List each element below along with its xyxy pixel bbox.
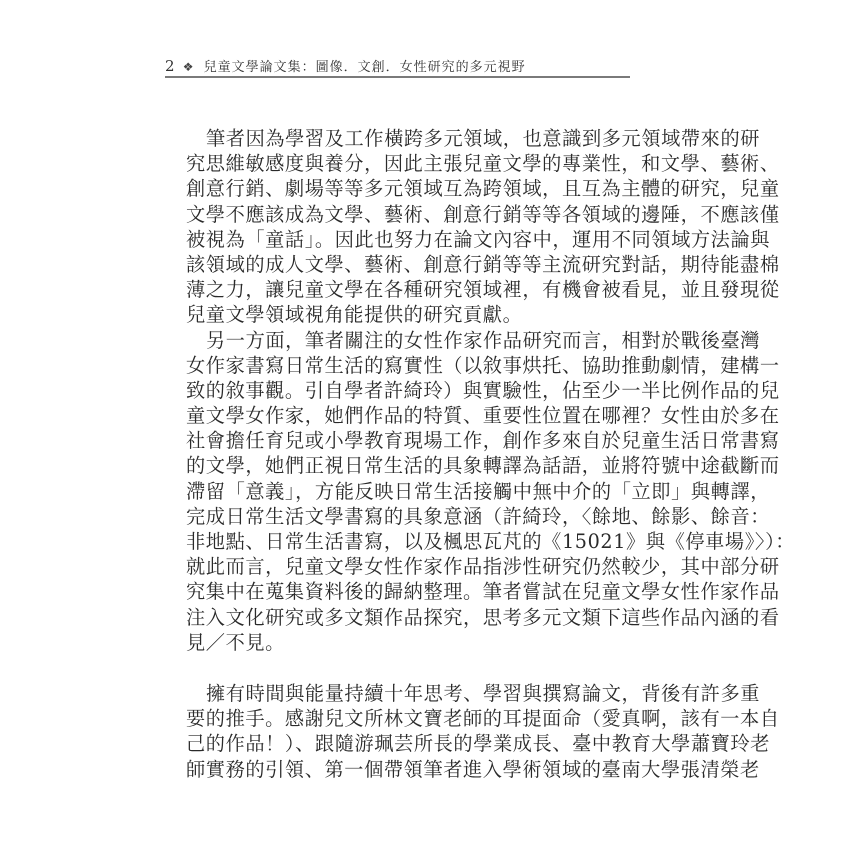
paragraph-3: 擁有時間與能量持續十年思考、學習與撰寫論文，背後有許多重 要的推手。感謝兒文所林… <box>186 681 628 782</box>
page-number: 2 <box>165 57 175 75</box>
text-line: 師實務的引領、第一個帶領筆者進入學術領域的臺南大學張清榮老 <box>186 757 628 782</box>
paragraph-1: 筆者因為學習及工作橫跨多元領域，也意識到多元領域帶來的研 究思維敏感度與養分，因… <box>186 126 628 328</box>
text-line: 的文學，她們正視日常生活的具象轉譯為話語，並將符號中途截斷而 <box>186 453 628 478</box>
body-text: 筆者因為學習及工作橫跨多元領域，也意識到多元領域帶來的研 究思維敏感度與養分，因… <box>186 126 628 782</box>
text-line: 就此而言，兒童文學女性作家作品指涉性研究仍然較少，其中部分研 <box>186 554 628 579</box>
text-line: 文學不應該成為文學、藝術、創意行銷等等各領域的邊陲，不應該僅 <box>186 202 628 227</box>
text-line: 童文學女作家，她們作品的特質、重要性位置在哪裡？女性由於多在 <box>186 403 628 428</box>
text-line: 被視為「童話」。因此也努力在論文內容中，運用不同領域方法論與 <box>186 227 628 252</box>
ornament-icon: ❖ <box>183 60 194 74</box>
text-line: 己的作品！）、跟隨游珮芸所長的學業成長、臺中教育大學蕭寶玲老 <box>186 731 628 756</box>
text-line: 究思維敏感度與養分，因此主張兒童文學的專業性，和文學、藝術、 <box>186 151 628 176</box>
text-line: 注入文化研究或多文類作品探究，思考多元文類下這些作品內涵的看 <box>186 605 628 630</box>
text-line: 擁有時間與能量持續十年思考、學習與撰寫論文，背後有許多重 <box>186 681 628 706</box>
text-line: 滯留「意義」，方能反映日常生活接觸中無中介的「立即」與轉譯， <box>186 479 628 504</box>
text-line: 薄之力，讓兒童文學在各種研究領域裡，有機會被看見，並且發現從 <box>186 277 628 302</box>
text-line: 非地點、日常生活書寫，以及楓思瓦芃的《15021》與《停車場》〉）： <box>186 529 628 554</box>
book-title: 兒童文學論文集：圖像．文創．女性研究的多元視野 <box>204 60 526 75</box>
text-line: 兒童文學領域視角能提供的研究貢獻。 <box>186 302 628 327</box>
paragraph-2: 另一方面，筆者關注的女性作家作品研究而言，相對於戰後臺灣 女作家書寫日常生活的寫… <box>186 328 628 655</box>
book-page: 2 ❖ 兒童文學論文集：圖像．文創．女性研究的多元視野 筆者因為學習及工作橫跨多… <box>0 0 850 850</box>
text-line: 女作家書寫日常生活的寫實性（以敘事烘托、協助推動劇情，建構一 <box>186 353 628 378</box>
text-line: 見／不見。 <box>186 630 628 655</box>
text-line: 另一方面，筆者關注的女性作家作品研究而言，相對於戰後臺灣 <box>186 328 628 353</box>
text-line: 社會擔任育兒或小學教育現場工作，創作多來自於兒童生活日常書寫 <box>186 428 628 453</box>
text-line: 究集中在蒐集資料後的歸納整理。筆者嘗試在兒童文學女性作家作品 <box>186 579 628 604</box>
text-line: 完成日常生活文學書寫的具象意涵（許綺玲，〈餘地、餘影、餘音： <box>186 504 628 529</box>
running-head: 2 ❖ 兒童文學論文集：圖像．文創．女性研究的多元視野 <box>165 58 630 78</box>
text-line: 該領域的成人文學、藝術、創意行銷等等主流研究對話，期待能盡棉 <box>186 252 628 277</box>
text-line: 要的推手。感謝兒文所林文寶老師的耳提面命（愛真啊，該有一本自 <box>186 706 628 731</box>
text-line: 創意行銷、劇場等等多元領域互為跨領域，且互為主體的研究，兒童 <box>186 176 628 201</box>
text-line: 筆者因為學習及工作橫跨多元領域，也意識到多元領域帶來的研 <box>186 126 628 151</box>
text-line: 致的敘事觀。引自學者許綺玲）與實驗性，佔至少一半比例作品的兒 <box>186 378 628 403</box>
